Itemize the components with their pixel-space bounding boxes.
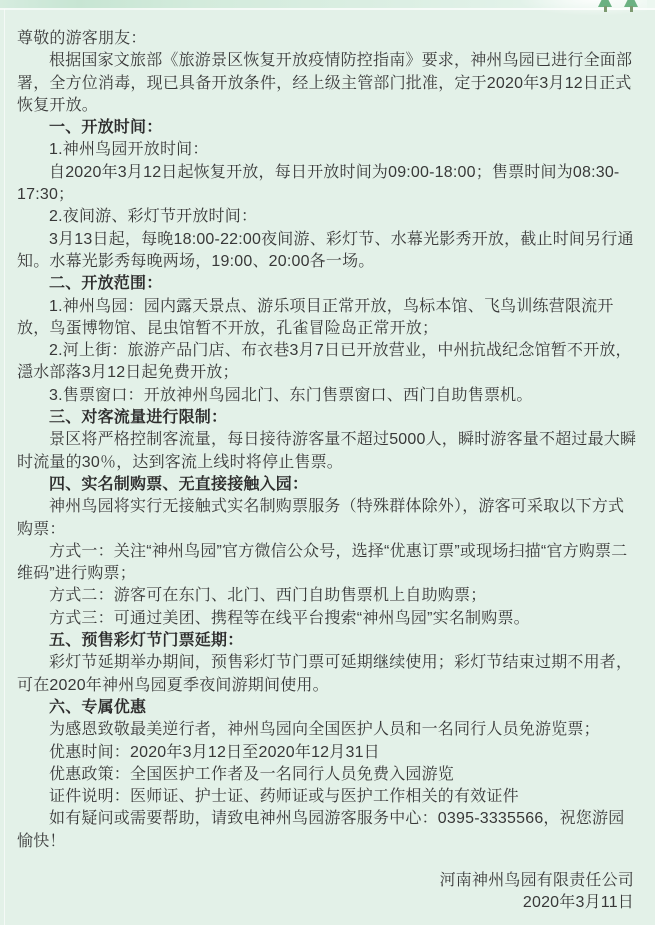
section-heading-4: 四、实名制购票、无直接接触入园： bbox=[17, 474, 638, 496]
greeting-line: 尊敬的游客朋友： bbox=[17, 28, 638, 50]
paragraph: 1.神州鸟园开放时间： bbox=[17, 139, 638, 161]
paragraph: 优惠时间：2020年3月12日至2020年12月31日 bbox=[17, 742, 638, 764]
paragraph: 为感恩致敬最美逆行者，神州鸟园向全国医护人员和一名同行人员免游览票； bbox=[17, 719, 638, 741]
paragraph: 方式三：可通过美团、携程等在线平台搜索“神州鸟园”实名制购票。 bbox=[17, 608, 638, 630]
paragraph: 方式二：游客可在东门、北门、西门自助售票机上自助购票； bbox=[17, 585, 638, 607]
paragraph: 1.神州鸟园：园内露天景点、游乐项目正常开放，鸟标本馆、飞鸟训练营限流开放，鸟蛋… bbox=[17, 296, 638, 341]
paragraph: 彩灯节延期举办期间，预售彩灯节门票可延期继续使用；彩灯节结束过期不用者，可在20… bbox=[17, 652, 638, 697]
section-heading-5: 五、预售彩灯节门票延期： bbox=[17, 630, 638, 652]
section-heading-6: 六、专属优惠 bbox=[17, 697, 638, 719]
paragraph: 2.夜间游、彩灯节开放时间： bbox=[17, 206, 638, 228]
paragraph: 3.售票窗口：开放神州鸟园北门、东门售票窗口、西门自助售票机。 bbox=[17, 385, 638, 407]
paragraph-intro: 根据国家文旅部《旅游景区恢复开放疫情防控指南》要求，神州鸟园已进行全面部署，全方… bbox=[17, 50, 638, 117]
paragraph: 如有疑问或需要帮助，请致电神州鸟园游客服务中心：0395-3335566，祝您游… bbox=[17, 808, 638, 853]
section-heading-2: 二、开放范围： bbox=[17, 273, 638, 295]
notice-page: 尊敬的游客朋友： 根据国家文旅部《旅游景区恢复开放疫情防控指南》要求，神州鸟园已… bbox=[0, 0, 655, 925]
notice-date: 2020年3月11日 bbox=[17, 892, 634, 914]
paragraph: 证件说明：医师证、护士证、药师证或与医护工作相关的有效证件 bbox=[17, 786, 638, 808]
paragraph: 景区将严格控制客流量，每日接待游客量不超过5000人，瞬时游客量不超过最大瞬时流… bbox=[17, 429, 638, 474]
paragraph: 2.河上街：旅游产品门店、布衣巷3月7日已开放营业，中州抗战纪念馆暂不开放，濦水… bbox=[17, 340, 638, 385]
paragraph: 自2020年3月12日起恢复开放，每日开放时间为09:00-18:00；售票时间… bbox=[17, 162, 638, 207]
paragraph: 优惠政策：全国医护工作者及一名同行人员免费入园游览 bbox=[17, 764, 638, 786]
paragraph: 3月13日起，每晚18:00-22:00夜间游、彩灯节、水幕光影秀开放，截止时间… bbox=[17, 229, 638, 274]
notice-content: 尊敬的游客朋友： 根据国家文旅部《旅游景区恢复开放疫情防控指南》要求，神州鸟园已… bbox=[0, 8, 655, 925]
paragraph: 神州鸟园将实行无接触式实名制购票服务（特殊群体除外），游客可采取以下方式购票： bbox=[17, 496, 638, 541]
section-heading-1: 一、开放时间： bbox=[17, 117, 638, 139]
signature-block: 河南神州鸟园有限责任公司 2020年3月11日 bbox=[17, 870, 638, 915]
company-name: 河南神州鸟园有限责任公司 bbox=[17, 870, 634, 892]
section-heading-3: 三、对客流量进行限制： bbox=[17, 407, 638, 429]
paragraph: 方式一：关注“神州鸟园”官方微信公众号，选择“优惠订票”或现场扫描“官方购票二维… bbox=[17, 541, 638, 586]
